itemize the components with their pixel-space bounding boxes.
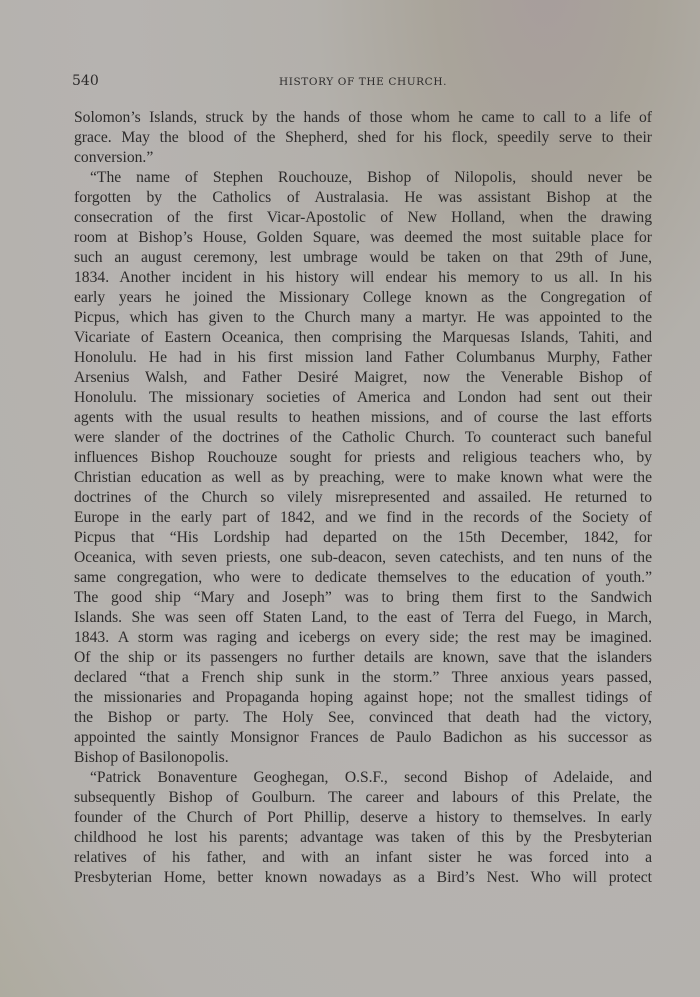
- text-line: grace. May the blood of the Shepherd, sh…: [74, 128, 652, 148]
- running-head: 540 HISTORY OF THE CHURCH.: [74, 72, 652, 94]
- text-line: declared “that a French ship sunk in the…: [74, 668, 652, 688]
- text-line: 1843. A storm was raging and icebergs on…: [74, 628, 652, 648]
- text-line: Europe in the early part of 1842, and we…: [74, 508, 652, 528]
- text-line: agents with the usual results to heathen…: [74, 408, 652, 428]
- text-line: early years he joined the Missionary Col…: [74, 288, 652, 308]
- text-line: conversion.”: [74, 148, 652, 168]
- text-line: Honolulu. He had in his first mission la…: [74, 348, 652, 368]
- text-line: Picpus that “His Lordship had departed o…: [74, 528, 652, 548]
- text-line: Honolulu. The missionary societies of Am…: [74, 388, 652, 408]
- text-line: “The name of Stephen Rouchouze, Bishop o…: [74, 168, 652, 188]
- text-line: the Bishop or party. The Holy See, convi…: [74, 708, 652, 728]
- running-title: HISTORY OF THE CHURCH.: [74, 76, 652, 88]
- text-line: Picpus, which has given to the Church ma…: [74, 308, 652, 328]
- text-line: childhood he lost his parents; advantage…: [74, 828, 652, 848]
- text-line: forgotten by the Catholics of Australasi…: [74, 188, 652, 208]
- text-line: same congregation, who were to dedicate …: [74, 568, 652, 588]
- text-line: Vicariate of Eastern Oceanica, then comp…: [74, 328, 652, 348]
- text-line: “Patrick Bonaventure Geoghegan, O.S.F., …: [74, 768, 652, 788]
- body-text: Solomon’s Islands, struck by the hands o…: [74, 108, 652, 888]
- text-line: Presbyterian Home, better known nowadays…: [74, 868, 652, 888]
- text-line: appointed the saintly Monsignor Frances …: [74, 728, 652, 748]
- text-line: subsequently Bishop of Goulburn. The car…: [74, 788, 652, 808]
- text-line: such an august ceremony, lest umbrage wo…: [74, 248, 652, 268]
- text-line: relatives of his father, and with an inf…: [74, 848, 652, 868]
- text-line: 1834. Another incident in his history wi…: [74, 268, 652, 288]
- text-line: room at Bishop’s House, Golden Square, w…: [74, 228, 652, 248]
- book-page: 540 HISTORY OF THE CHURCH. Solomon’s Isl…: [74, 72, 652, 888]
- text-line: were slander of the doctrines of the Cat…: [74, 428, 652, 448]
- text-line: consecration of the first Vicar-Apostoli…: [74, 208, 652, 228]
- text-line: Oceanica, with seven priests, one sub-de…: [74, 548, 652, 568]
- text-line: Islands. She was seen off Staten Land, t…: [74, 608, 652, 628]
- text-line: Christian education as well as by preach…: [74, 468, 652, 488]
- text-line: Of the ship or its passengers no further…: [74, 648, 652, 668]
- text-line: the missionaries and Propaganda hoping a…: [74, 688, 652, 708]
- text-line: Bishop of Basilonopolis.: [74, 748, 652, 768]
- text-line: Arsenius Walsh, and Father Desiré Maigre…: [74, 368, 652, 388]
- text-line: founder of the Church of Port Phillip, d…: [74, 808, 652, 828]
- text-line: Solomon’s Islands, struck by the hands o…: [74, 108, 652, 128]
- text-line: doctrines of the Church so vilely misrep…: [74, 488, 652, 508]
- text-line: influences Bishop Rouchouze sought for p…: [74, 448, 652, 468]
- text-line: The good ship “Mary and Joseph” was to b…: [74, 588, 652, 608]
